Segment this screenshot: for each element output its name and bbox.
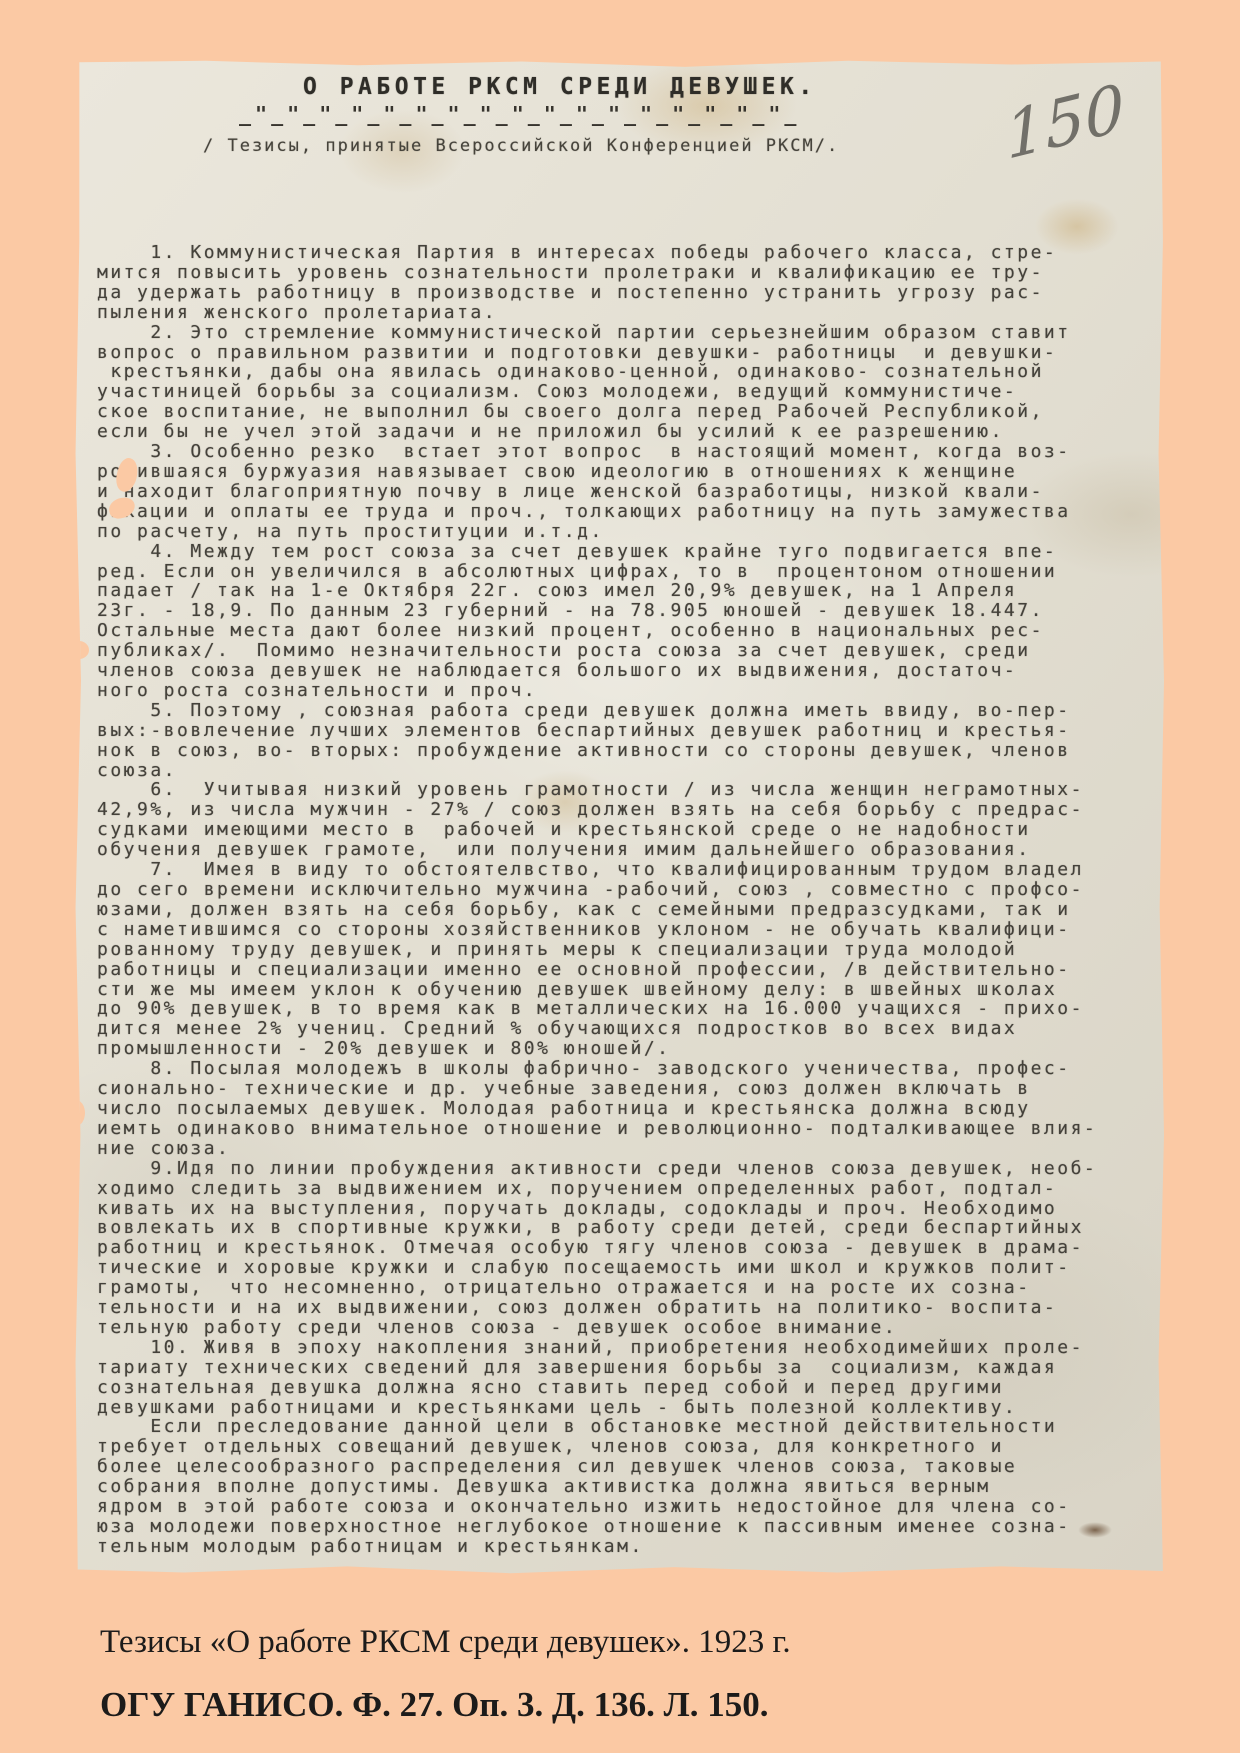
document-subtitle: / Тезисы, принятые Всероссийской Конфере… (203, 136, 839, 156)
document-paragraph-7: 7. Имея в виду то обстоятелвство, что кв… (97, 860, 1152, 1059)
document-paragraph-10: 10. Живя в эпоху накопления знаний, прио… (97, 1338, 1152, 1418)
document-paragraph-8: 8. Посылая молодежъ в школы фабрично- за… (97, 1059, 1152, 1159)
document-paragraph-3: 3. Особенно резко встает этот вопрос в н… (97, 442, 1152, 542)
document-paragraph-6: 6. Учитывая низкий уровень грамотности /… (97, 780, 1152, 860)
document-title: О РАБОТЕ РКСМ СРЕДИ ДЕВУШЕК. (303, 74, 817, 100)
paper-damage-spot (69, 641, 89, 659)
caption-title: Тезисы «О работе РКСМ среди девушек». 19… (100, 1622, 791, 1662)
document-paragraph-9: 9.Идя по линии пробуждения активности ср… (97, 1159, 1152, 1338)
caption-archive-reference: ОГУ ГАНИСО. Ф. 27. Оп. 3. Д. 136. Л. 150… (100, 1684, 791, 1726)
document-body: 1. Коммунистическая Партия в интересах п… (97, 243, 1152, 1557)
document-paragraph-1: 1. Коммунистическая Партия в интересах п… (97, 243, 1152, 323)
ink-smudge (1078, 1522, 1112, 1538)
document-paragraph-4: 4. Между тем рост союза за счет девушек … (97, 542, 1152, 701)
document-paragraph-2: 2. Это стремление коммунистической парти… (97, 323, 1152, 442)
title-underline: _"_"_"_"_"_"_"_"_"_"_"_"_"_"_"_"_"_ (239, 102, 800, 126)
document-paragraph-11: Если преследование данной цели в обстано… (97, 1417, 1152, 1556)
handwritten-page-number: 150 (1003, 71, 1127, 176)
page: { "colors": { "page_background": "#fbc9a… (0, 0, 1240, 1753)
document-paragraph-5: 5. Поэтому , союзная работа среди девуше… (97, 701, 1152, 781)
paper-damage-spot (67, 1100, 85, 1126)
caption-block: Тезисы «О работе РКСМ среди девушек». 19… (100, 1622, 791, 1726)
scanned-document-paper: О РАБОТЕ РКСМ СРЕДИ ДЕВУШЕК. _"_"_"_"_"_… (75, 60, 1164, 1574)
